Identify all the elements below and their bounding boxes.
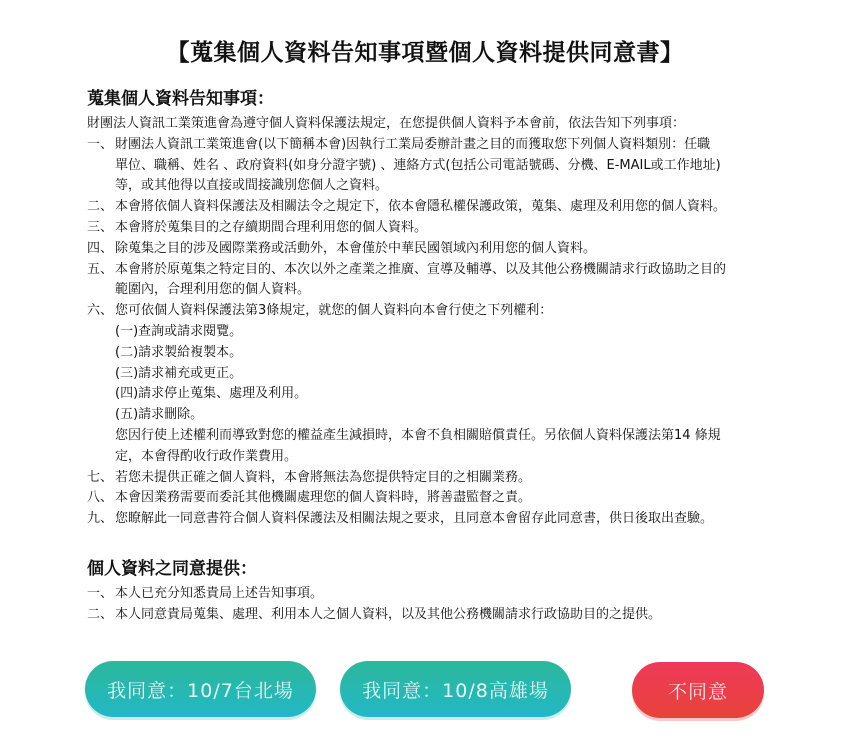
consent-item-2: 二、 本人同意貴局蒐集、處理、利用本人之個人資料，以及其他公務機關請求行政協助目… xyxy=(87,605,787,626)
item-text: 本會將依個人資料保護法及相關法令之規定下，依本會隱私權保護政策，蒐集、處理及利用… xyxy=(115,197,787,218)
right-item: (二)請求製給複製本。 xyxy=(87,343,787,364)
item-text: 單位、職稱、姓名 、政府資料(如身分證字號) 、連絡方式(包括公司電話號碼、分機… xyxy=(115,156,787,177)
right-item: (一)查詢或請求閱覽。 xyxy=(87,322,787,343)
notice-item-4: 四、 除蒐集之目的涉及國際業務或活動外，本會僅於中華民國領域內利用您的個人資料。 xyxy=(87,239,787,260)
item-text: 等，或其他得以直接或間接識別您個人之資料。 xyxy=(115,176,787,197)
item-number: 一、 xyxy=(87,584,115,605)
item-number: 二、 xyxy=(87,605,115,626)
consent-heading: 個人資料之同意提供： xyxy=(87,554,257,579)
rights-note: 您因行使上述權利而導致對您的權益產生減損時，本會不負相關賠償責任。另依個人資料保… xyxy=(87,426,787,447)
consent-item-1: 一、 本人已充分知悉貴局上述告知事項。 xyxy=(87,584,787,605)
item-text: 您可依個人資料保護法第3條規定，就您的個人資料向本會行使之下列權利： xyxy=(115,301,787,322)
right-item: (五)請求刪除。 xyxy=(87,405,787,426)
page-title: 【蒐集個人資料告知事項暨個人資料提供同意書】 xyxy=(0,34,850,67)
right-item: (四)請求停止蒐集、處理及利用。 xyxy=(87,384,787,405)
consent-body: 一、 本人已充分知悉貴局上述告知事項。 二、 本人同意貴局蒐集、處理、利用本人之… xyxy=(87,584,787,626)
notice-body: 財團法人資訊工業策進會為遵守個人資料保護法規定，在您提供個人資料予本會前，依法告… xyxy=(87,114,787,530)
item-number: 七、 xyxy=(87,468,115,489)
item-text: 若您未提供正確之個人資料，本會將無法為您提供特定目的之相關業務。 xyxy=(115,468,787,489)
item-text: 本人已充分知悉貴局上述告知事項。 xyxy=(115,584,787,605)
item-text: 範圍內，合理利用您的個人資料。 xyxy=(115,280,787,301)
item-text: 本會將於蒐集目的之存續期間合理利用您的個人資料。 xyxy=(115,218,787,239)
notice-item-3: 三、 本會將於蒐集目的之存續期間合理利用您的個人資料。 xyxy=(87,218,787,239)
notice-item-9: 九、 您瞭解此一同意書符合個人資料保護法及相關法規之要求，且同意本會留存此同意書… xyxy=(87,509,787,530)
item-text: 本會因業務需要而委託其他機關處理您的個人資料時，將善盡監督之責。 xyxy=(115,488,787,509)
item-text: 除蒐集之目的涉及國際業務或活動外，本會僅於中華民國領域內利用您的個人資料。 xyxy=(115,239,787,260)
notice-item-8: 八、 本會因業務需要而委託其他機關處理您的個人資料時，將善盡監督之責。 xyxy=(87,488,787,509)
rights-note: 定，本會得酌收行政作業費用。 xyxy=(87,447,787,468)
item-number: 三、 xyxy=(87,218,115,239)
agree-taipei-button[interactable]: 我同意：10/7台北場 xyxy=(85,661,316,717)
item-number: 六、 xyxy=(87,301,115,322)
notice-heading: 蒐集個人資料告知事項： xyxy=(87,84,274,109)
item-text: 財團法人資訊工業策進會(以下簡稱本會)因執行工業局委辦計畫之目的而獲取您下列個人… xyxy=(115,135,787,156)
notice-intro: 財團法人資訊工業策進會為遵守個人資料保護法規定，在您提供個人資料予本會前，依法告… xyxy=(87,114,787,135)
item-number: 二、 xyxy=(87,197,115,218)
item-number: 四、 xyxy=(87,239,115,260)
item-number: 五、 xyxy=(87,260,115,302)
notice-item-5: 五、 本會將於原蒐集之特定目的、本次以外之產業之推廣、宣導及輔導、以及其他公務機… xyxy=(87,260,787,302)
decline-button[interactable]: 不同意 xyxy=(632,662,764,718)
right-item: (三)請求補充或更正。 xyxy=(87,364,787,385)
notice-item-1: 一、 財團法人資訊工業策進會(以下簡稱本會)因執行工業局委辦計畫之目的而獲取您下… xyxy=(87,135,787,197)
item-text: 您瞭解此一同意書符合個人資料保護法及相關法規之要求，且同意本會留存此同意書，供日… xyxy=(115,509,787,530)
notice-item-6: 六、 您可依個人資料保護法第3條規定，就您的個人資料向本會行使之下列權利： xyxy=(87,301,787,322)
item-text: 本會將於原蒐集之特定目的、本次以外之產業之推廣、宣導及輔導、以及其他公務機關請求… xyxy=(115,260,787,281)
notice-item-2: 二、 本會將依個人資料保護法及相關法令之規定下，依本會隱私權保護政策，蒐集、處理… xyxy=(87,197,787,218)
notice-item-7: 七、 若您未提供正確之個人資料，本會將無法為您提供特定目的之相關業務。 xyxy=(87,468,787,489)
item-number: 八、 xyxy=(87,488,115,509)
item-number: 一、 xyxy=(87,135,115,197)
item-text: 本人同意貴局蒐集、處理、利用本人之個人資料，以及其他公務機關請求行政協助目的之提… xyxy=(115,605,787,626)
agree-kaohsiung-button[interactable]: 我同意：10/8高雄場 xyxy=(340,661,571,717)
item-number: 九、 xyxy=(87,509,115,530)
